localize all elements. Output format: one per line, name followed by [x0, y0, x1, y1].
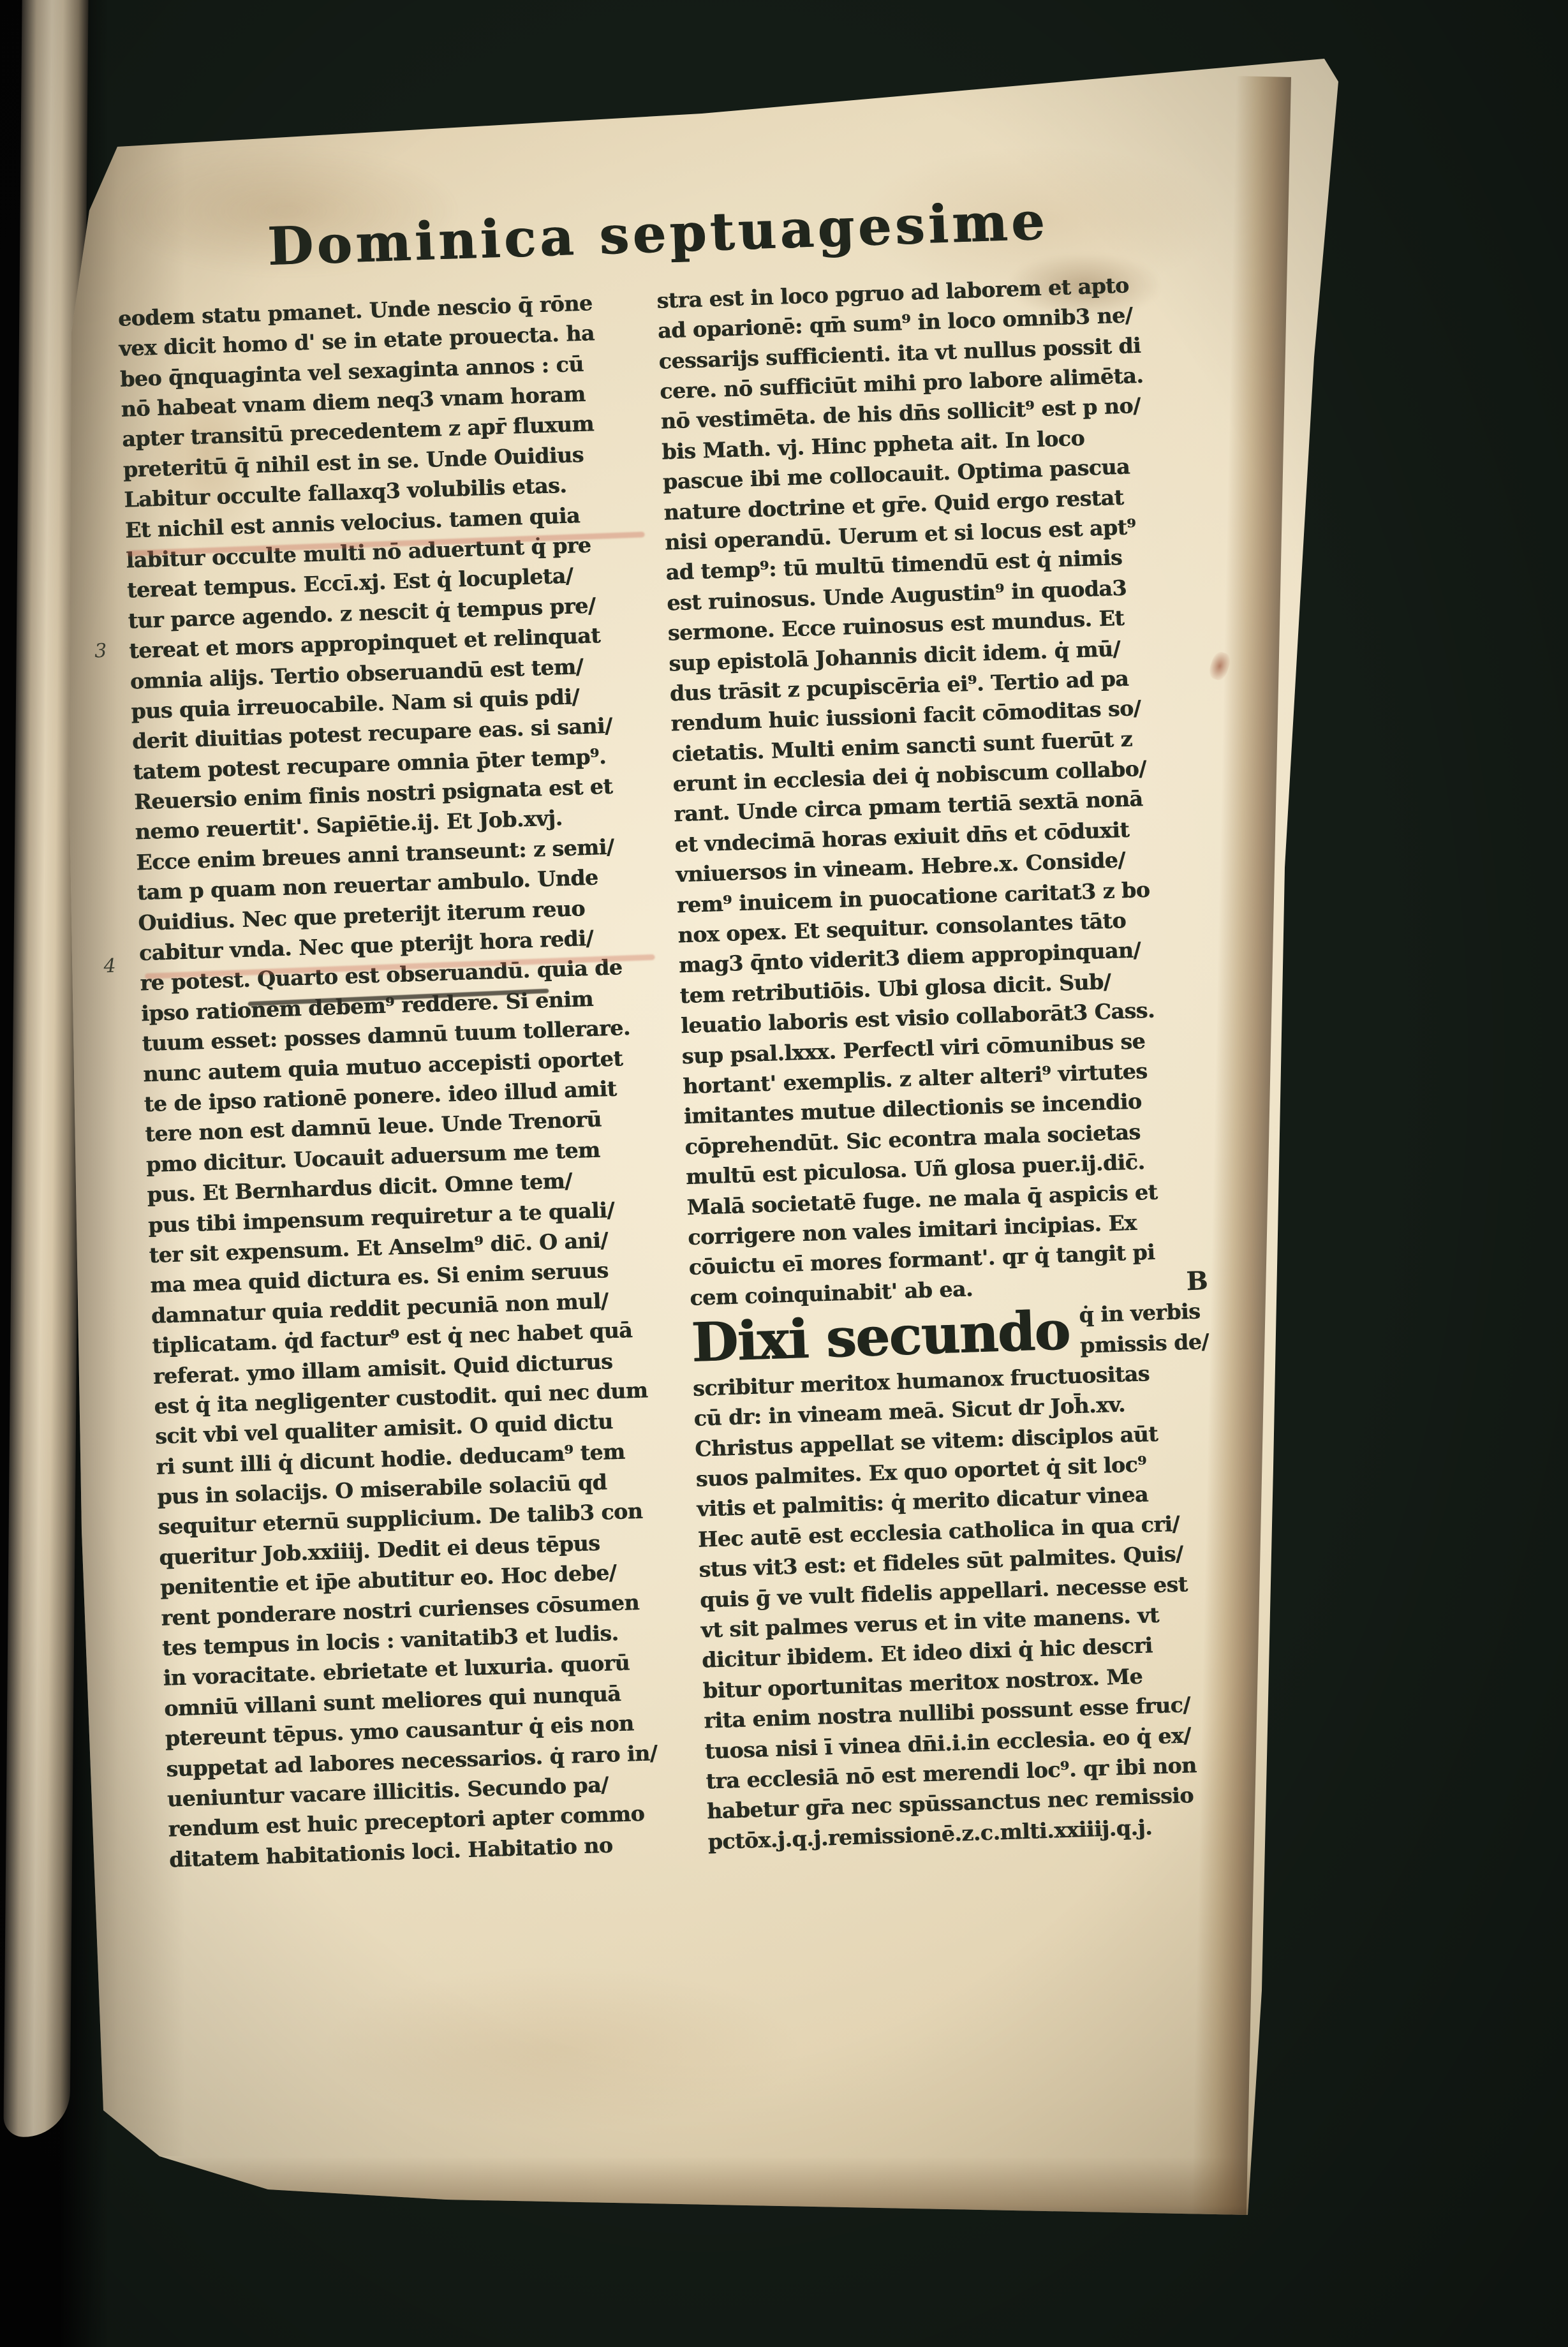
section-heading-side-text: q̇ in verbis pmissis de/	[1079, 1296, 1209, 1360]
left-text-column: eodem statu pmanet. Unde nescio q̄ rōnev…	[117, 286, 699, 1874]
right-text-column: stra est in loco pgruo ad laborem et apt…	[656, 268, 1238, 1856]
handwritten-margin-number: 3	[94, 640, 107, 663]
text-line: pmissis de/	[1079, 1326, 1209, 1361]
signature-mark: B	[1186, 1266, 1208, 1296]
right-column-upper-lines: stra est in loco pgruo ad laborem et apt…	[656, 268, 1218, 1283]
page-bottom-edge	[96, 2156, 1263, 2226]
printed-text-block: Dominica septuagesime 3 4 eodem statu pm…	[115, 188, 1254, 1875]
page-title: Dominica septuagesime	[267, 188, 1201, 277]
two-column-text: eodem statu pmanet. Unde nescio q̄ rōnev…	[117, 267, 1254, 1874]
photo-background: Dominica septuagesime 3 4 eodem statu pm…	[0, 0, 1568, 2347]
text-line: q̇ in verbis	[1079, 1296, 1208, 1330]
right-column-lower-lines: scribitur meritox humanox fructuositascū…	[692, 1356, 1238, 1856]
section-heading-words: Dixi secundo	[690, 1300, 1070, 1373]
stain	[319, 1965, 804, 2131]
book-page: Dominica septuagesime 3 4 eodem statu pm…	[0, 0, 1568, 2347]
handwritten-margin-number: 4	[103, 955, 116, 978]
page-top-edge	[87, 0, 1351, 137]
